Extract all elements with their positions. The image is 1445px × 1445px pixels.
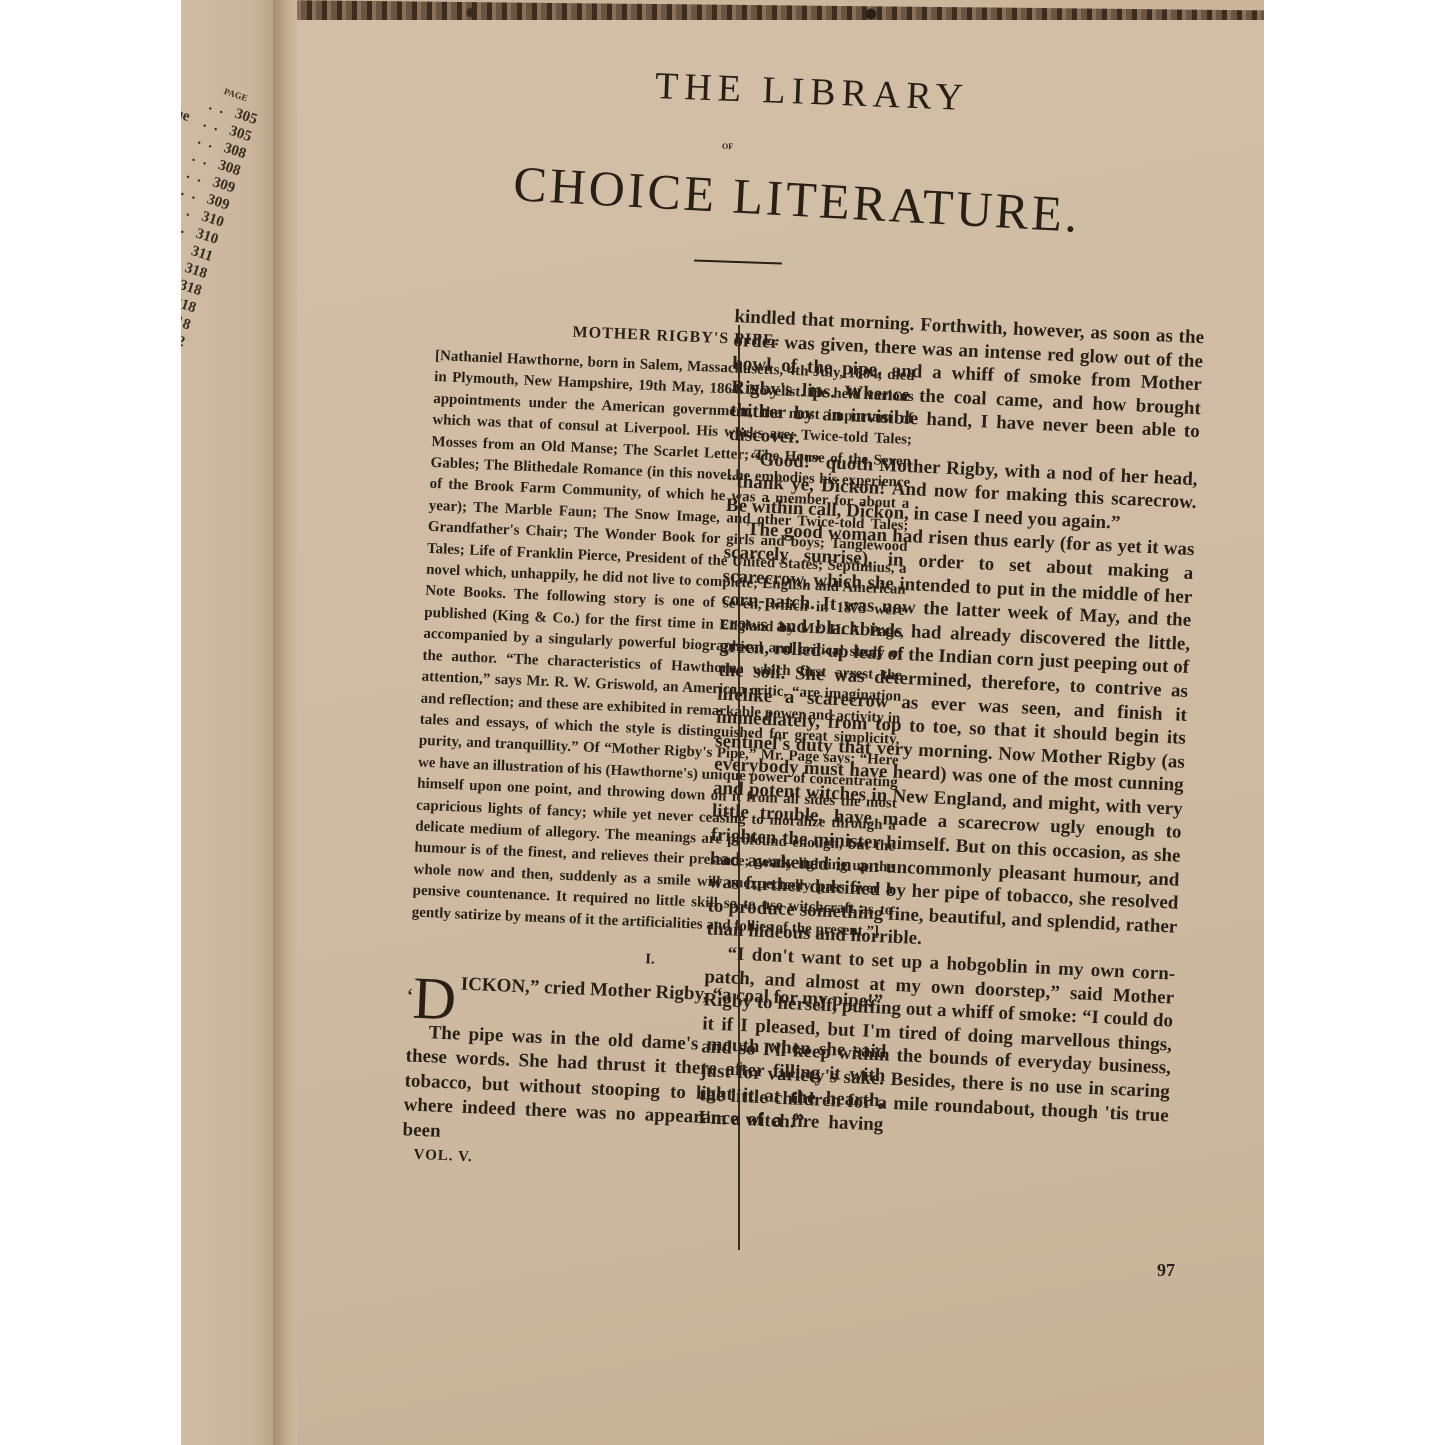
paragraph: “I don't want to set up a hobgoblin in m… bbox=[698, 941, 1176, 1151]
book-gutter bbox=[273, 0, 297, 1445]
masthead-line-2: CHOICE LITERATURE. bbox=[416, 149, 1178, 249]
right-page: THE LIBRARY OF CHOICE LITERATURE. MOTHER… bbox=[297, 20, 1264, 1445]
paragraph: kindled that morning. Forthwith, however… bbox=[729, 305, 1205, 468]
masthead-rule bbox=[694, 259, 782, 264]
masthead-of: OF bbox=[722, 142, 733, 151]
paragraph: The good woman had risen thus early (for… bbox=[706, 517, 1195, 963]
masthead-line-1: THE LIBRARY bbox=[561, 60, 1062, 123]
book-photo: PAGE . .305ne. .305. .308. .308. .309. .… bbox=[181, 0, 1264, 1445]
table-of-contents-fragment: PAGE . .305ne. .305. .308. .308. .309. .… bbox=[181, 70, 265, 591]
left-page: PAGE . .305ne. .305. .308. .308. .309. .… bbox=[181, 0, 281, 1445]
toc-rows: . .305ne. .305. .308. .308. .309. .309. … bbox=[181, 87, 260, 591]
page-number: 97 bbox=[1157, 1260, 1175, 1281]
right-column: kindled that morning. Forthwith, however… bbox=[698, 305, 1205, 1151]
drop-cap: “D bbox=[407, 974, 457, 1022]
